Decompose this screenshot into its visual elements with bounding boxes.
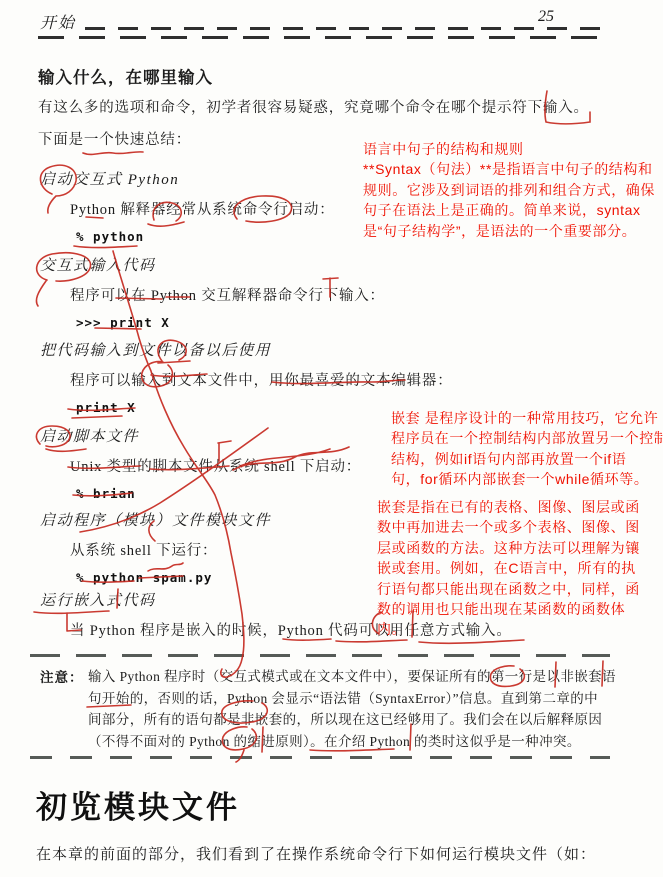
note-label: 注意：	[40, 666, 84, 686]
note-text: 输入 Python 程序时（交互式模式或在文本文件中），要保证所有的第一行是以非…	[88, 666, 616, 752]
pen-underline-renyi	[419, 640, 524, 643]
header-rule-bottom	[38, 36, 608, 39]
entry-code-to-file: 把代码输入到文件以备以后使用 程序可以输入到文本文件中，用你最喜爱的文本编辑器：…	[40, 339, 640, 415]
entry-code: >>> print X	[76, 315, 640, 330]
red-note-nesting-definition: 嵌套是指在已有的表格、图像、图层或函 数中再加进去一个或多个表格、图像、图 层或…	[377, 497, 640, 640]
pen-underline-daima	[336, 640, 407, 642]
red-note-nesting-technique: 嵌套 是程序设计的一种常用技巧，它允许 程序员在一个控制结构内部放置另一个控制 …	[391, 408, 663, 490]
chapter-section-paragraph: 在本章的前面的部分，我们看到了在操作系统命令行下如何运行模块文件（如：	[36, 843, 596, 864]
red-note-syntax: 语言中句子的结构和规则 **Syntax（句法）**是指语言中句子的结构和 规则…	[363, 139, 655, 241]
intro-paragraph: 有这么多的选项和命令，初学者很容易疑惑，究竟哪个命令在哪个提示符下输入。	[38, 96, 589, 117]
intro-lead-in: 下面是一个快速总结：	[38, 128, 191, 149]
page-number: 25	[538, 8, 554, 26]
note-divider-top	[30, 654, 610, 657]
pen-underline-python-code	[74, 246, 137, 248]
running-header: 开始	[40, 10, 76, 33]
pen-underline-yige-kuaisu	[83, 152, 143, 155]
note-divider-bottom	[30, 756, 610, 759]
entry-body: 程序可以输入到文本文件中，用你最喜爱的文本编辑器：	[70, 369, 640, 390]
entry-heading: 交互式输入代码	[40, 254, 640, 275]
header-rule-top	[85, 27, 608, 30]
entry-heading: 把代码输入到文件以备以后使用	[40, 339, 640, 360]
entry-body: 程序可以在 Python 交互解释器命令行下输入：	[70, 284, 640, 305]
section-heading: 输入什么，在哪里输入	[38, 64, 213, 88]
chapter-section-heading: 初览模块文件	[36, 782, 240, 827]
entry-interactive-code: 交互式输入代码 程序可以在 Python 交互解释器命令行下输入： >>> pr…	[40, 254, 640, 330]
